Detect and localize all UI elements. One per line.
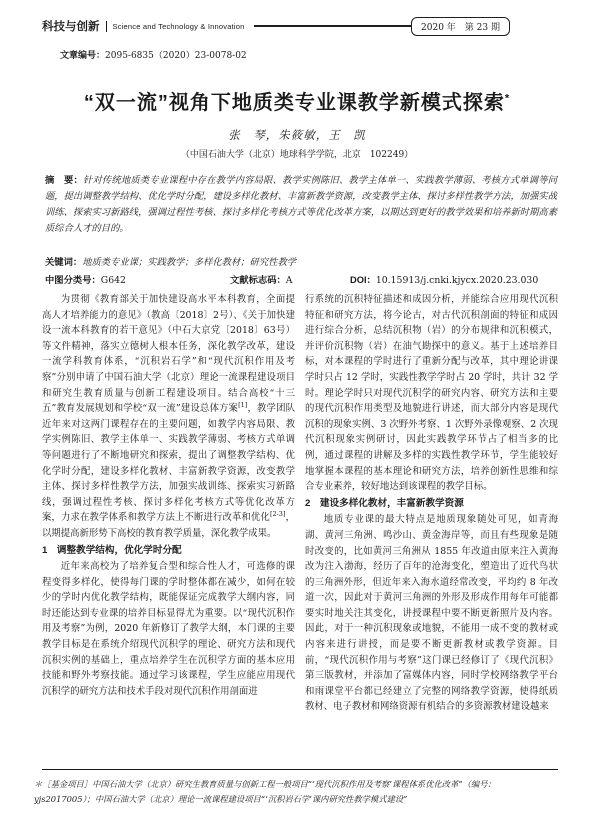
authors: 张 琴，朱筱敏，王 凯 — [0, 127, 594, 143]
footnote-rule — [42, 769, 558, 770]
journal-page: 科技与创新 Science and Technology & Innovatio… — [0, 0, 594, 820]
body-paragraph: 行系统的沉积特征描述和成因分析，并能综合应用现代沉积特征和研究方法，将今论古，对… — [305, 292, 558, 495]
footnote-line: ＊［基金项目］中国石油大学（北京）研究生教育质量与创新工程一般项目“‘现代沉积作… — [34, 777, 564, 792]
article-number-value: 2095-6835（2020）23-0078-02 — [105, 51, 247, 61]
document-code-label: 文献标志码： — [230, 275, 286, 285]
title-footnote-mark: * — [505, 92, 510, 104]
doi: DOI：10.15913/j.cnki.kjycx.2020.23.030 — [350, 272, 538, 286]
issue-badge: 2020 年 第 23 期 — [411, 17, 510, 36]
journal-name: 科技与创新 — [42, 18, 100, 34]
header-rule — [254, 25, 411, 27]
section-heading: 2 建设多样化教材，丰富新教学资源 — [305, 496, 558, 512]
keywords-text: 地质类专业课；实践教学；多样化教材；研究性教学 — [82, 257, 296, 268]
doi-value: 10.15913/j.cnki.kjycx.2020.23.030 — [376, 275, 538, 286]
article-number-label: 文章编号： — [60, 50, 105, 60]
article-title: “双一流”视角下地质类专业课教学新模式探索* — [0, 86, 594, 115]
funding-footnote: ＊［基金项目］中国石油大学（北京）研究生教育质量与创新工程一般项目“‘现代沉积作… — [34, 777, 564, 806]
page-header: 科技与创新 Science and Technology & Innovatio… — [42, 16, 558, 36]
body-paragraph: 地质专业课的最大特点是地质现象随处可见，如青海湖、黄河三角洲、鸣沙山、黄金海岸等… — [305, 512, 558, 715]
meta-row: 中图分类号：G642 文献标志码：A DOI：10.15913/j.cnki.k… — [45, 272, 557, 286]
left-column: 为贯彻《教育部关于加快建设高水平本科教育，全面提高人才培养能力的意见》（教高〔2… — [42, 292, 295, 762]
article-number: 文章编号：2095-6835（2020）23-0078-02 — [60, 48, 247, 61]
clc-label: 中图分类号： — [45, 275, 101, 285]
article-title-text: “双一流”视角下地质类专业课教学新模式探索 — [84, 92, 505, 114]
body-columns: 为贯彻《教育部关于加快建设高水平本科教育，全面提高人才培养能力的意见》（教高〔2… — [42, 292, 558, 762]
clc-value: G642 — [101, 275, 126, 286]
affiliation: （中国石油大学（北京）地球科学学院，北京 102249） — [0, 147, 594, 160]
document-code-value: A — [286, 275, 293, 286]
document-code: 文献标志码：A — [230, 272, 350, 286]
footnote-line: yjs2017005）；中国石油大学（北京）理论一流课程建设项目“‘沉积岩石学’… — [34, 792, 564, 807]
clc-number: 中图分类号：G642 — [45, 272, 230, 286]
body-paragraph: 近年来高校为了培养复合型和综合性人才，可选修的课程变得多样化，使得每门课的学时整… — [42, 559, 295, 699]
doi-label: DOI： — [350, 275, 376, 285]
abstract-text: 针对传统地质类专业课程中存在教学内容局限、教学实例陈旧、教学主体单一、实践教学薄… — [45, 175, 557, 234]
keywords-label: 关键词： — [45, 257, 82, 267]
right-column: 行系统的沉积特征描述和成因分析，并能综合应用现代沉积特征和研究方法，将今论古，对… — [305, 292, 558, 762]
abstract: 摘 要：针对传统地质类专业课程中存在教学内容局限、教学实例陈旧、教学主体单一、实… — [45, 172, 557, 237]
abstract-label: 摘 要： — [45, 175, 83, 185]
section-heading: 1 调整教学结构，优化学时分配 — [42, 543, 295, 559]
journal-name-english: Science and Technology & Innovation — [113, 22, 245, 31]
keywords: 关键词：地质类专业课；实践教学；多样化教材；研究性教学 — [45, 254, 557, 268]
header-divider — [106, 21, 107, 32]
body-paragraph: 为贯彻《教育部关于加快建设高水平本科教育，全面提高人才培养能力的意见》（教高〔2… — [42, 292, 295, 542]
